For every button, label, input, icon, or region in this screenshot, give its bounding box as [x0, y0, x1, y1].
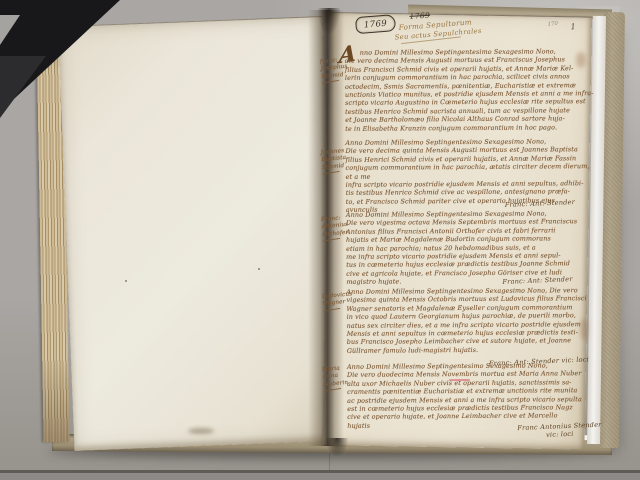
page-stain	[188, 428, 214, 434]
entry4-body: Anno Domini Millesimo Septingentesimo Se…	[346, 286, 596, 355]
right-page-content: 1769 1769 Forma Sepultorum Seu actus Sep…	[318, 9, 611, 456]
red-underline-mark	[449, 379, 470, 381]
corner-pencil-mark: 170	[547, 21, 558, 28]
year-cartouche: 1769	[355, 14, 396, 34]
page-speck	[125, 280, 127, 282]
scanned-register-photo: 14 1769 1769 Forma Sepultorum Seu actus …	[0, 0, 640, 480]
entry3-margin-name: Franc: Antonius Orthofer	[321, 215, 349, 242]
page-number: 1	[570, 22, 576, 31]
entry1-margin-name: franc: Josephus Schmid	[320, 57, 348, 84]
entry5-margin-name: Maria Anna Nuberin	[322, 365, 350, 392]
year-struck-through: 1769	[409, 11, 430, 21]
entry1-body: nno Domini Millesimo Septingentesimo Sex…	[345, 47, 596, 133]
entry4-margin-name: Ludovicus Wagner	[322, 292, 349, 311]
page-speck	[258, 268, 260, 270]
left-page-blank	[58, 16, 338, 451]
entry5-body: Anno Domini Millesimo Septingentesimo Se…	[347, 361, 597, 430]
entry2-margin-name: Joannes Baptista Schmid	[320, 148, 348, 175]
entry5-signature: Franc Antonius Stender vic: loci	[517, 421, 602, 441]
table-front-strip	[0, 473, 640, 480]
